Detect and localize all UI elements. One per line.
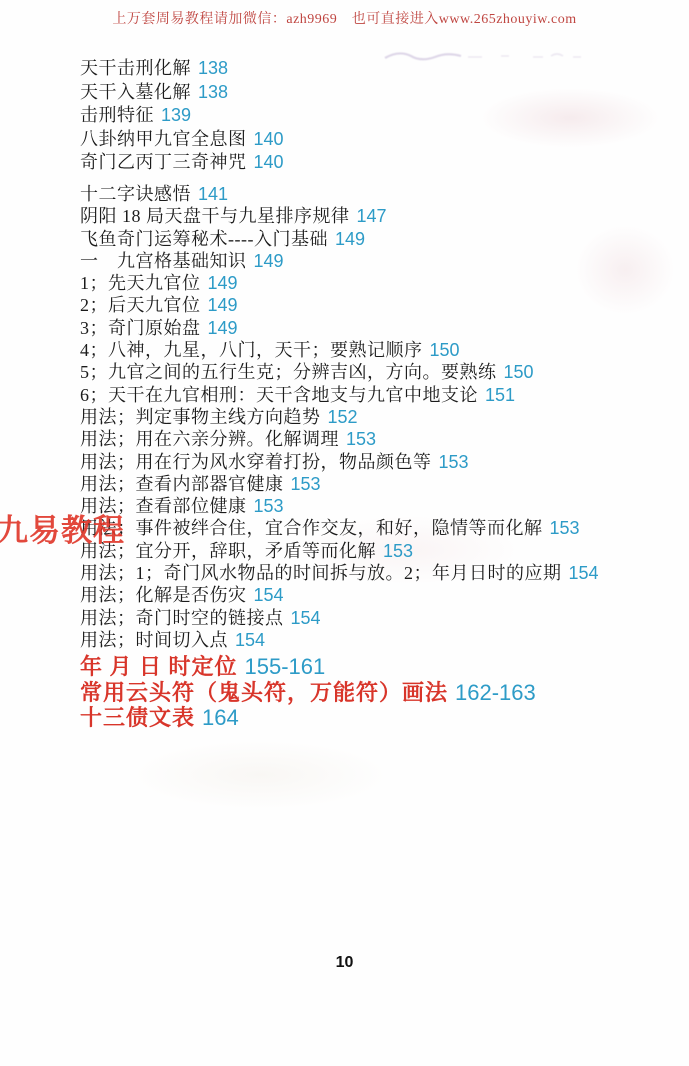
toc-entry: 用法；宜分开，辞职，矛盾等而化解153 [80,540,599,562]
toc-entry: 阴阳 18 局天盘干与九星排序规律147 [80,205,599,227]
toc-entry-page-number: 147 [357,206,387,226]
page-header-note: 上万套周易教程请加微信：azh9969 也可直接进入www.265zhouyiw… [0,8,689,28]
toc-entry-page-number: 150 [430,340,460,360]
toc-entry: 用法；用在六亲分辨。化解调理153 [80,428,599,450]
toc-entry-page-number: 149 [208,318,238,338]
toc-entry: 用法；判定事物主线方向趋势152 [80,406,599,428]
toc-entry-page-number: 153 [383,541,413,561]
toc-entry-page-number: 155-161 [245,654,326,679]
toc-entry-text: 飞鱼奇门运筹秘术----入门基础 [80,229,328,249]
toc-entry-page-number: 149 [208,273,238,293]
toc-entry-text: 用法；判定事物主线方向趋势 [80,407,321,427]
toc-entry: 十三债文表164 [80,705,599,731]
toc-entry-page-number: 152 [328,407,358,427]
toc-entry-page-number: 154 [291,608,321,628]
toc-entry: 4；八神，九星，八门，天干；要熟记顺序150 [80,339,599,361]
toc-entry-text: 3；奇门原始盘 [80,318,201,338]
toc-entry-page-number: 139 [161,105,191,125]
toc-entry-page-number: 153 [550,518,580,538]
toc-group-2: 十二字诀感悟141 阴阳 18 局天盘干与九星排序规律147 飞鱼奇门运筹秘术-… [80,183,599,651]
toc-entry: 3；奇门原始盘149 [80,317,599,339]
toc-entry: 飞鱼奇门运筹秘术----入门基础149 [80,228,599,250]
toc-entry-text: 一 九宫格基础知识 [80,251,247,271]
toc-entry-page-number: 149 [208,295,238,315]
toc-entry-text: 5；九官之间的五行生克；分辨吉凶，方向。要熟练 [80,362,497,382]
toc-entry: 用法；用在行为风水穿着打扮，物品颜色等153 [80,451,599,473]
watermark-stamp: 九易教程 [0,505,125,550]
toc-entry: 天干入墓化解138 [80,81,599,105]
toc-entry-text: 八卦纳甲九官全息图 [80,129,247,149]
toc-entry-text: 奇门乙丙丁三奇神咒 [80,152,247,172]
toc-entry: 奇门乙丙丁三奇神咒140 [80,151,599,175]
toc-entry: 一 九宫格基础知识149 [80,250,599,272]
toc-entry-page-number: 151 [485,385,515,405]
toc-entry-text: 十三债文表 [80,705,195,730]
toc-entry-text: 用法；1；奇门风水物品的时间拆与放。2；年月日时的应期 [80,563,562,583]
toc-entry-page-number: 154 [569,563,599,583]
toc-entry-text: 用法；事件被绊合住，宜合作交友，和好，隐情等而化解 [80,518,543,538]
page-number: 10 [0,954,689,972]
toc-entry: 八卦纳甲九官全息图140 [80,128,599,152]
toc-entry-text: 用法；时间切入点 [80,630,228,650]
toc-entry-page-number: 153 [346,429,376,449]
toc-entry: 用法；奇门时空的链接点154 [80,607,599,629]
toc-group-spacer [80,175,599,183]
toc-entry: 1；先天九官位149 [80,272,599,294]
toc-entry-text: 6；天干在九官相刑：天干含地支与九官中地支论 [80,385,478,405]
toc-entry-text: 常用云头符（鬼头符，万能符）画法 [80,680,448,705]
toc-entry-text: 用法；用在六亲分辨。化解调理 [80,429,339,449]
toc-entry-page-number: 154 [235,630,265,650]
toc-entry: 用法；事件被绊合住，宜合作交友，和好，隐情等而化解153 [80,517,599,539]
toc-entry-page-number: 138 [198,58,228,78]
toc-entry: 6；天干在九官相刑：天干含地支与九官中地支论151 [80,384,599,406]
toc-entry: 天干击刑化解138 [80,57,599,81]
toc-entry: 2；后天九官位149 [80,294,599,316]
toc-entry-page-number: 141 [198,184,228,204]
scan-blotch-artifact [130,740,390,810]
toc-entry-page-number: 164 [202,705,239,730]
toc-entry: 5；九官之间的五行生克；分辨吉凶，方向。要熟练150 [80,361,599,383]
toc-entry-text: 1；先天九官位 [80,273,201,293]
toc-entry-page-number: 153 [254,496,284,516]
table-of-contents: 天干击刑化解138 天干入墓化解138 击刑特征139 八卦纳甲九官全息图140… [80,57,599,731]
toc-entry-page-number: 162-163 [455,680,536,705]
toc-entry-text: 击刑特征 [80,105,154,125]
toc-entry-page-number: 140 [254,152,284,172]
toc-entry: 用法；时间切入点154 [80,629,599,651]
toc-entry-page-number: 138 [198,82,228,102]
toc-entry-page-number: 154 [254,585,284,605]
toc-entry-text: 用法；用在行为风水穿着打扮，物品颜色等 [80,452,432,472]
toc-entry: 用法；查看内部器官健康153 [80,473,599,495]
toc-entry-text: 年 月 日 时定位 [80,654,238,679]
toc-entry-text: 用法；查看内部器官健康 [80,474,284,494]
toc-entry: 年 月 日 时定位155-161 [80,654,599,680]
toc-entry-text: 十二字诀感悟 [80,184,191,204]
toc-entry-page-number: 149 [254,251,284,271]
toc-entry-text: 用法；奇门时空的链接点 [80,608,284,628]
toc-entry: 用法；1；奇门风水物品的时间拆与放。2；年月日时的应期154 [80,562,599,584]
toc-entry-text: 阴阳 18 局天盘干与九星排序规律 [80,206,350,226]
toc-group-1: 天干击刑化解138 天干入墓化解138 击刑特征139 八卦纳甲九官全息图140… [80,57,599,175]
toc-entry-page-number: 140 [254,129,284,149]
toc-entry-text: 用法；化解是否伤灾 [80,585,247,605]
toc-entry: 用法；查看部位健康153 [80,495,599,517]
scanned-book-page: 上万套周易教程请加微信：azh9969 也可直接进入www.265zhouyiw… [0,0,689,1066]
toc-entry-page-number: 153 [439,452,469,472]
toc-entry-page-number: 149 [335,229,365,249]
toc-entry-text: 2；后天九官位 [80,295,201,315]
toc-entry-page-number: 153 [291,474,321,494]
toc-entry-page-number: 150 [504,362,534,382]
toc-group-red: 年 月 日 时定位155-161 常用云头符（鬼头符，万能符）画法162-163… [80,654,599,731]
toc-entry-text: 天干入墓化解 [80,82,191,102]
toc-entry: 十二字诀感悟141 [80,183,599,205]
toc-entry: 用法；化解是否伤灾154 [80,584,599,606]
toc-entry: 常用云头符（鬼头符，万能符）画法162-163 [80,680,599,706]
toc-entry-text: 4；八神，九星，八门，天干；要熟记顺序 [80,340,423,360]
toc-entry-text: 天干击刑化解 [80,58,191,78]
toc-entry: 击刑特征139 [80,104,599,128]
